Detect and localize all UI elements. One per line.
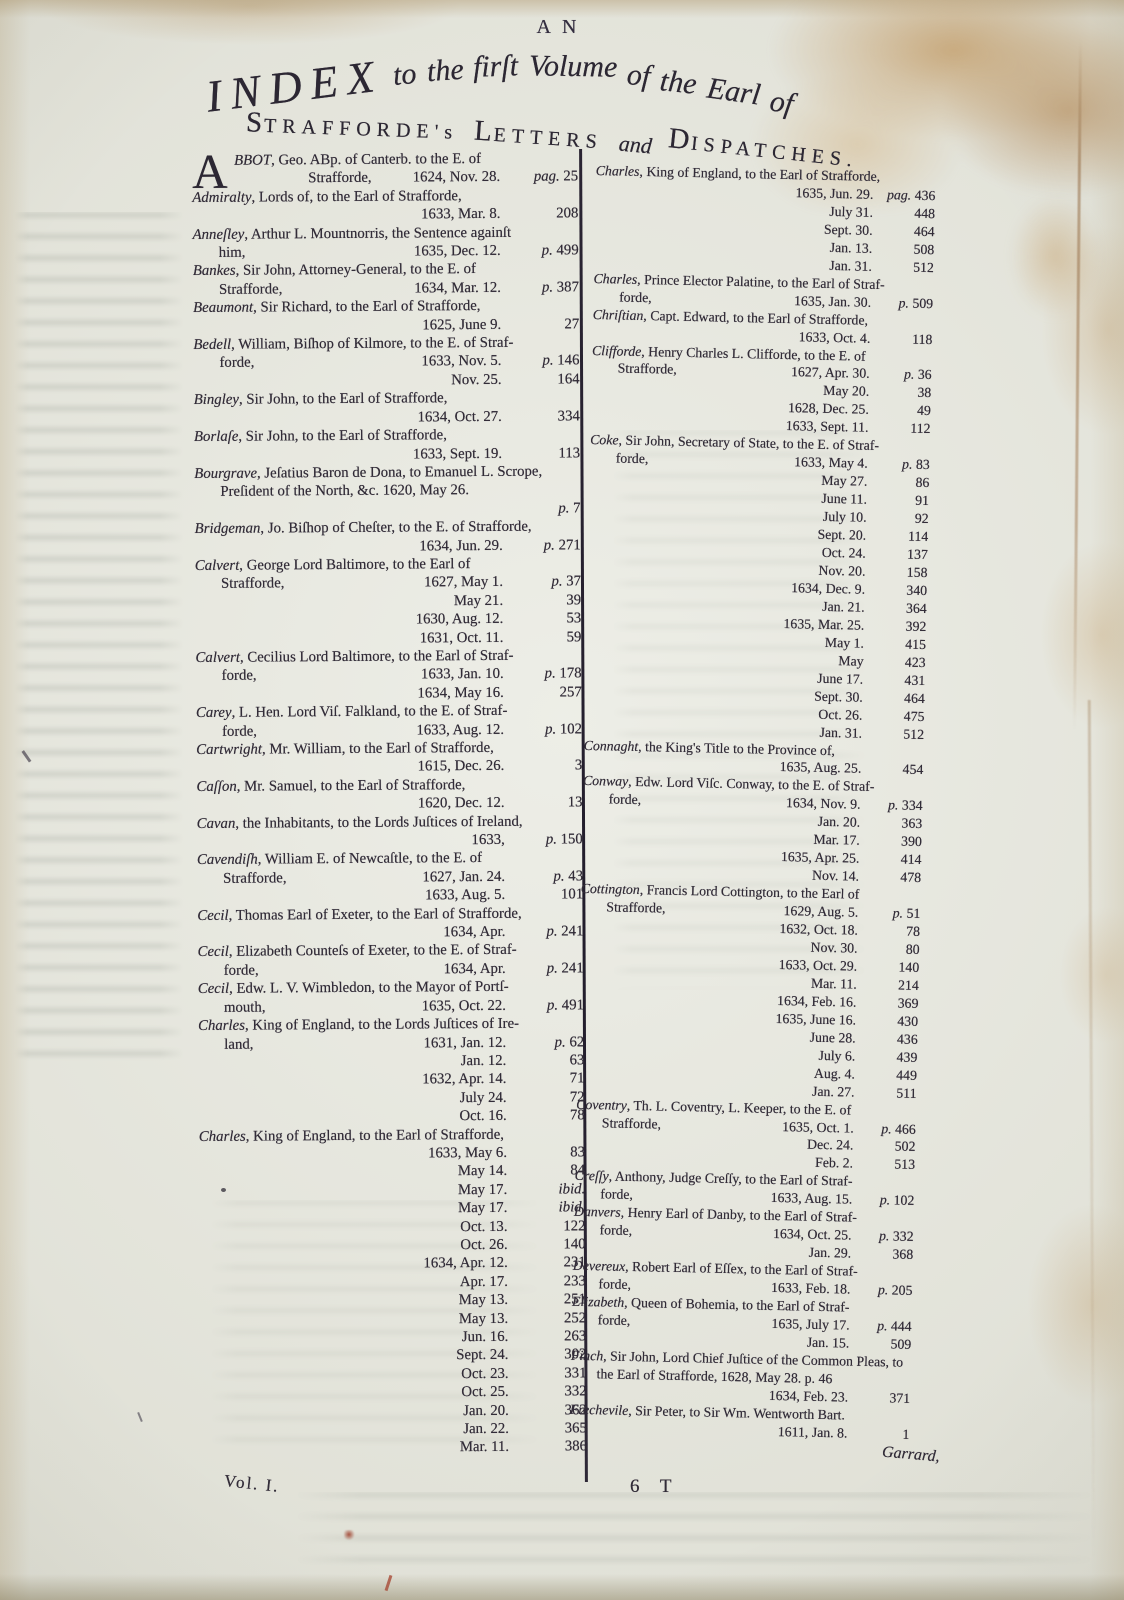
index-entry: Cavan, the Inhabitants, to the Lords Juſ… bbox=[197, 812, 583, 852]
title-word: Volume bbox=[528, 49, 617, 85]
entry-continuation: forde, bbox=[573, 1221, 632, 1240]
entry-name: Anneſley bbox=[193, 226, 245, 242]
reference-date: Sept. 30. bbox=[824, 221, 873, 240]
reference-page: 92 bbox=[866, 509, 928, 528]
index-entry: Calvert, Cecilius Lord Baltimore, to the… bbox=[195, 646, 581, 704]
entry-text: , Edw. L. V. Wimbledon, to the Mayor of … bbox=[229, 979, 509, 997]
reference-date: 1635, June 16. bbox=[775, 1010, 856, 1030]
reference-date: Jan. 20. bbox=[817, 813, 860, 832]
ink-mark bbox=[21, 750, 31, 762]
entry-text: , Anthony, Judge Creſſy, to the Earl of … bbox=[609, 1169, 853, 1189]
reference-date: June 11. bbox=[821, 490, 867, 509]
index-entry: Charles, King of England, to the Earl of… bbox=[199, 1125, 587, 1459]
reference-date: 1635, Oct. 1. bbox=[782, 1118, 854, 1137]
reference-date: 1633, May 6. bbox=[428, 1144, 507, 1163]
entry-text: , Sir John, Secretary of State, to the E… bbox=[618, 433, 879, 453]
index-entry: Cartwright, Mr. William, to the Earl of … bbox=[196, 738, 582, 778]
reference-date: May 13. bbox=[459, 1291, 508, 1310]
entry-text: , Sir Richard, to the Earl of Strafforde… bbox=[253, 298, 480, 316]
entry-continuation: forde, bbox=[574, 1185, 633, 1204]
reference-page: p. 241 bbox=[505, 922, 583, 941]
reference-page: 448 bbox=[873, 204, 935, 223]
entry-name: Creſſy bbox=[575, 1168, 609, 1184]
reference-page: p. 466 bbox=[854, 1119, 916, 1138]
index-entry: Bingley, Sir John, to the Earl of Straff… bbox=[194, 389, 580, 429]
reference-page: 3 bbox=[504, 757, 582, 776]
reference-page: 334 bbox=[502, 407, 580, 426]
index-entry: Beaumont, Sir Richard, to the Earl of St… bbox=[193, 297, 579, 337]
entry-name: Bankes bbox=[193, 263, 236, 279]
reference-page: 390 bbox=[860, 832, 922, 851]
reference-date: June 17. bbox=[817, 669, 863, 688]
index-column-right: Charles, King of England, to the Earl of… bbox=[569, 162, 936, 1444]
page-number: 439 bbox=[896, 1049, 917, 1064]
entry-continuation: forde, bbox=[590, 449, 649, 468]
reference-date: 1634, Apr. 12. bbox=[423, 1254, 507, 1273]
entry-text: , Jeſatius Baron de Dona, to Emanuel L. … bbox=[220, 463, 542, 500]
reference-date: 1634, Apr. bbox=[444, 960, 506, 979]
reference-date: Apr. 17. bbox=[460, 1273, 508, 1292]
volume-signature: Vol. I. bbox=[223, 1471, 281, 1497]
page-number: 214 bbox=[898, 977, 919, 992]
reference-date: May 27. bbox=[821, 472, 867, 491]
page-prefix: p. bbox=[546, 831, 561, 847]
page-kicker: An bbox=[0, 16, 1124, 39]
reference-date: Jan. 27. bbox=[812, 1082, 855, 1101]
reference-date: Nov. 20. bbox=[818, 562, 865, 581]
reference-date: 1633, Nov. 5. bbox=[421, 352, 501, 371]
page-number: 334 bbox=[902, 798, 923, 813]
reference-date: May 1. bbox=[825, 634, 864, 653]
reference-date: May 20. bbox=[823, 382, 869, 401]
page-number: 454 bbox=[902, 762, 923, 777]
reference-page: 340 bbox=[865, 581, 927, 600]
page-number: 150 bbox=[561, 831, 583, 847]
entry-continuation: forde, bbox=[582, 790, 641, 809]
page-number: 512 bbox=[913, 259, 934, 274]
page-number: 158 bbox=[907, 565, 928, 580]
index-title-line2: STRAFFORDE'sLETTERSandDISPATCHES. bbox=[246, 112, 914, 141]
entry-name: Coventry bbox=[576, 1096, 627, 1112]
reference-date: 1634, Oct. 25. bbox=[773, 1225, 852, 1245]
entry-text: , Robert Earl of Eſſex, to the Earl of S… bbox=[625, 1259, 858, 1279]
reference-page: 84 bbox=[507, 1162, 585, 1181]
red-ink-spot bbox=[344, 1530, 355, 1540]
page-number: 146 bbox=[557, 353, 579, 369]
page-number: 140 bbox=[898, 959, 919, 974]
reference-page: 464 bbox=[863, 688, 925, 707]
page-prefix: p. bbox=[542, 242, 557, 258]
reference-page: 369 bbox=[856, 993, 918, 1012]
reference-date: Nov. 14. bbox=[812, 867, 859, 886]
reference-date: 1633, bbox=[471, 831, 504, 850]
reference-page: 512 bbox=[872, 258, 934, 277]
showthrough-text-left-margin bbox=[14, 212, 184, 1072]
page-number: 364 bbox=[906, 600, 927, 615]
reference-date: 1634, Dec. 9. bbox=[791, 579, 865, 598]
reference-date: May 17. bbox=[458, 1199, 507, 1218]
page-number: 36 bbox=[918, 367, 932, 382]
reference-date: Dec. 24. bbox=[807, 1136, 854, 1155]
page-number: 368 bbox=[892, 1247, 913, 1262]
reference-date: 1634, Feb. 16. bbox=[777, 992, 857, 1012]
index-entry: Finch, Sir John, Lord Chief Juſtice of t… bbox=[570, 1347, 911, 1408]
index-entry: Cavendiſh, William E. of Newcaſtle, to t… bbox=[197, 849, 583, 907]
drop-cap-letter: A bbox=[192, 153, 228, 191]
reference-date: Jan. 29. bbox=[808, 1244, 851, 1263]
reference-page: 83 bbox=[507, 1143, 585, 1162]
entry-continuation: mouth, bbox=[198, 998, 266, 1017]
entry-text: , Sir John, to the Earl of Strafforde, bbox=[239, 391, 448, 408]
entry-reference-row: Mar. 11.386 bbox=[201, 1438, 587, 1459]
reference-page: 512 bbox=[862, 724, 924, 743]
reference-page: p. 102 bbox=[852, 1191, 914, 1210]
reference-date: May 13. bbox=[459, 1309, 508, 1328]
reference-page: p. 334 bbox=[860, 796, 922, 815]
page-number: 464 bbox=[904, 690, 925, 705]
reference-date: 1635, Dec. 12. bbox=[414, 242, 501, 261]
entry-text: , the King's Title to the Province of, bbox=[638, 739, 835, 758]
entry-text: , Geo. ABp. of Canterb. to the E. of bbox=[271, 151, 481, 168]
reference-page: 71 bbox=[506, 1070, 584, 1089]
index-entry: Bankes, Sir John, Attorney-General, to t… bbox=[193, 260, 579, 300]
reference-date: 1633, Aug. 5. bbox=[425, 886, 505, 905]
page-number: 478 bbox=[900, 870, 921, 885]
entry-continuation: Strafforde, bbox=[580, 898, 665, 918]
title-word: of bbox=[626, 58, 652, 94]
index-entry: Bridgeman, Jo. Biſhop of Cheſter, to the… bbox=[195, 517, 581, 557]
reference-page: p. 83 bbox=[868, 455, 930, 474]
reference-page: 113 bbox=[502, 444, 580, 463]
entry-name: Conway bbox=[583, 773, 629, 789]
reference-date: Jan. 12. bbox=[461, 1052, 507, 1071]
reference-page: 1 bbox=[847, 1424, 909, 1443]
page-number: 340 bbox=[906, 583, 927, 598]
page-prefix: p. bbox=[880, 1193, 894, 1208]
reference-page: p. 37 bbox=[503, 573, 581, 592]
entry-text: , Henry Earl of Danby, to the Earl of St… bbox=[621, 1205, 858, 1225]
page-prefix: p. bbox=[542, 279, 557, 295]
index-entry: Coventry, Th. L. Coventry, L. Keeper, to… bbox=[575, 1095, 916, 1174]
entry-continuation: Strafforde, bbox=[195, 575, 285, 594]
reference-date: July 6. bbox=[818, 1047, 855, 1066]
reference-page: p. 43 bbox=[505, 867, 583, 886]
entry-continuation: Strafforde, bbox=[193, 280, 283, 299]
reference-page: 414 bbox=[859, 850, 921, 869]
reference-page: p. 509 bbox=[871, 293, 933, 312]
reference-page: 118 bbox=[870, 329, 932, 348]
reference-page: 371 bbox=[848, 1388, 910, 1407]
entry-text: , Mr. William, to the Earl of Strafforde… bbox=[262, 740, 494, 758]
reference-date: 1628, Dec. 25. bbox=[788, 399, 869, 419]
reference-date: Jan. 22. bbox=[463, 1420, 509, 1439]
title-word: to bbox=[392, 57, 418, 93]
reference-page: p. 444 bbox=[850, 1317, 912, 1336]
reference-page: 39 bbox=[503, 591, 581, 610]
page-number: 475 bbox=[904, 708, 925, 723]
index-entry: Cecil, Thomas Earl of Exeter, to the Ear… bbox=[197, 904, 583, 944]
reference-page: p. 102 bbox=[504, 720, 582, 739]
entry-name: Borlaſe bbox=[194, 429, 239, 445]
reference-date: Jun. 16. bbox=[462, 1328, 509, 1347]
entry-name: Calvert bbox=[195, 558, 240, 574]
reference-page: 72 bbox=[507, 1088, 585, 1107]
reference-date: 1635, Jan. 30. bbox=[794, 292, 871, 312]
reference-date: 1629, Aug. 5. bbox=[783, 902, 858, 922]
reference-page: p. 499 bbox=[501, 241, 579, 260]
reference-page: 464 bbox=[872, 222, 934, 241]
reference-date: Jan. 20. bbox=[463, 1401, 509, 1420]
entry-continuation: forde, bbox=[593, 288, 652, 307]
title-word: firſt bbox=[473, 49, 519, 85]
page-edge-crease-upper bbox=[1073, 40, 1082, 730]
reference-page: 511 bbox=[854, 1083, 916, 1102]
reference-date: Feb. 2. bbox=[815, 1154, 853, 1173]
reference-date: 1615, Dec. 26. bbox=[418, 757, 505, 776]
reference-date: May bbox=[838, 652, 864, 670]
reference-page: 53 bbox=[503, 609, 581, 628]
page-number: 92 bbox=[915, 511, 929, 526]
reference-date: Sept. 24. bbox=[456, 1346, 508, 1365]
reference-date: 1633, Jan. 10. bbox=[421, 665, 504, 684]
page-prefix: p. bbox=[545, 666, 560, 682]
index-entry: Frechevile, Sir Peter, to Sir Wm. Wentwo… bbox=[569, 1400, 910, 1443]
page-number: 118 bbox=[912, 331, 932, 346]
reference-date: 1633, May 4. bbox=[794, 453, 868, 472]
title-word: the bbox=[426, 53, 465, 89]
page-number: 3 bbox=[575, 758, 583, 774]
entry-continuation: Strafforde, bbox=[591, 359, 676, 379]
reference-page: 513 bbox=[853, 1155, 915, 1174]
page-number: 178 bbox=[559, 666, 581, 682]
page-number: 334 bbox=[558, 408, 580, 424]
page-prefix: p. bbox=[542, 353, 557, 369]
reference-date: 1625, June 9. bbox=[422, 316, 501, 335]
index-column-left: ABBOT, Geo. ABp. of Canterb. to the E. o… bbox=[192, 149, 587, 1459]
entry-text: , Mr. Samuel, to the Earl of Strafforde, bbox=[237, 777, 466, 795]
entry-text: , L. Hen. Lord Viſ. Falkland, to the E. … bbox=[231, 703, 507, 721]
page-prefix: p. bbox=[878, 1282, 892, 1297]
reference-date: 1634, Jun. 29. bbox=[419, 536, 503, 555]
page-number: 448 bbox=[914, 206, 935, 221]
reference-date: 1635, Jun. 29. bbox=[795, 184, 873, 204]
reference-date: Mar. 17. bbox=[813, 831, 860, 850]
reference-page: 509 bbox=[849, 1335, 911, 1354]
reference-date: Jan. 31. bbox=[829, 257, 872, 276]
page-prefix: p. bbox=[547, 997, 562, 1013]
reference-page: 257 bbox=[504, 683, 582, 702]
page-number: 436 bbox=[915, 188, 936, 203]
entry-name: Cecil bbox=[198, 944, 229, 960]
entry-name: Bedell bbox=[193, 337, 231, 353]
entry-text: , Cecilius Lord Baltimore, to the Earl o… bbox=[240, 648, 514, 666]
entry-description: Bourgrave, Jeſatius Baron de Dona, to Em… bbox=[194, 462, 580, 502]
page-number: 390 bbox=[901, 834, 922, 849]
page-number: 91 bbox=[915, 493, 929, 508]
page-number: 13 bbox=[568, 795, 583, 811]
index-entry: Charles, King of England, to the Lords J… bbox=[198, 1014, 585, 1127]
page-number: 27 bbox=[564, 316, 579, 332]
entry-name: Finch bbox=[571, 1348, 603, 1364]
reference-page: p. 36 bbox=[869, 365, 931, 384]
reference-date: 1633, Mar. 8. bbox=[421, 205, 500, 224]
reference-date: July 10. bbox=[823, 508, 867, 527]
page-number: 449 bbox=[896, 1067, 917, 1082]
page-number: 464 bbox=[914, 224, 935, 239]
index-entry: Carey, L. Hen. Lord Viſ. Falkland, to th… bbox=[196, 701, 582, 741]
entry-text: , William, Biſhop of Kilmore, to the E. … bbox=[231, 335, 513, 353]
entry-name: Danvers bbox=[574, 1204, 621, 1220]
reference-date: 1624, Nov. 28. bbox=[413, 168, 501, 187]
entry-name: Caſſon bbox=[196, 779, 236, 795]
page-prefix: p. bbox=[888, 798, 902, 813]
reference-page: 364 bbox=[865, 599, 927, 618]
entry-name: Cottington bbox=[581, 881, 640, 897]
entry-text: , Queen of Bohemia, to the Earl of Straf… bbox=[624, 1295, 850, 1315]
page-number: 436 bbox=[897, 1031, 918, 1046]
reference-page: p. 205 bbox=[850, 1281, 912, 1300]
page-number: 53 bbox=[566, 610, 581, 626]
reference-date: 1633, Oct. 29. bbox=[778, 956, 857, 976]
index-entry: Borlaſe, Sir John, to the Earl of Straff… bbox=[194, 425, 580, 465]
reference-date: Jan. 21. bbox=[822, 598, 865, 617]
title-word: and bbox=[618, 129, 653, 160]
reference-date: 1635, Mar. 25. bbox=[783, 615, 864, 635]
index-entry: Bedell, William, Biſhop of Kilmore, to t… bbox=[193, 333, 579, 391]
reference-page: 415 bbox=[864, 635, 926, 654]
page-number: 38 bbox=[917, 385, 931, 400]
index-entry: Admiralty, Lords of, to the Earl of Stra… bbox=[192, 186, 578, 226]
page-number: 387 bbox=[557, 279, 579, 295]
page-number: 392 bbox=[905, 618, 926, 633]
index-entry: Charles, King of England, to the Earl of… bbox=[594, 162, 936, 277]
reference-page: 423 bbox=[863, 652, 925, 671]
entry-continuation: Strafforde, bbox=[576, 1113, 661, 1133]
ink-mark-small bbox=[137, 1412, 143, 1422]
entry-name: Beaumont bbox=[193, 300, 253, 316]
page-number: 512 bbox=[903, 726, 924, 741]
entry-text: , Edw. Lord Viſc. Conway, to the E. of S… bbox=[628, 774, 874, 794]
entry-text: , Capt. Edward, to the Earl of Strafford… bbox=[643, 308, 868, 328]
entry-continuation: forde, bbox=[193, 354, 254, 373]
reference-page: 86 bbox=[867, 473, 929, 492]
reference-date: Oct. 24. bbox=[822, 544, 866, 563]
page-number: 37 bbox=[566, 574, 581, 590]
page-number: 369 bbox=[898, 995, 919, 1010]
page-number: 51 bbox=[906, 906, 920, 921]
reference-page: 502 bbox=[853, 1137, 915, 1156]
entry-text: , Francis Lord Cottington, to the Earl o… bbox=[640, 882, 860, 902]
page-prefix: p. bbox=[881, 1121, 895, 1136]
reference-page: p. 387 bbox=[501, 278, 579, 297]
reference-page: 137 bbox=[866, 545, 928, 564]
reference-date: Oct. 13. bbox=[460, 1217, 507, 1236]
red-ink-slash bbox=[385, 1575, 393, 1591]
page-number: 137 bbox=[907, 547, 928, 562]
entry-text: , Prince Elector Palatine, to the Earl o… bbox=[637, 272, 885, 292]
reference-page: 101 bbox=[505, 886, 583, 905]
index-entry: Cecil, Elizabeth Counteſs of Exeter, to … bbox=[198, 941, 584, 981]
reference-date: May 21. bbox=[454, 592, 503, 611]
reference-page: 78 bbox=[507, 1106, 585, 1125]
reference-page: 114 bbox=[866, 527, 928, 546]
reference-page: p. 332 bbox=[851, 1227, 913, 1246]
page-prefix: p. bbox=[877, 1318, 891, 1333]
reference-page: 478 bbox=[859, 868, 921, 887]
catchword: Garrard, bbox=[881, 1444, 940, 1467]
entry-name: Bourgrave bbox=[194, 465, 257, 481]
page-number: 502 bbox=[895, 1139, 916, 1154]
entry-text: , William E. of Newcaſtle, to the E. of bbox=[258, 850, 482, 868]
entry-name: Cavan bbox=[197, 815, 236, 831]
reference-page: 91 bbox=[867, 491, 929, 510]
reference-date: Jan. 15. bbox=[807, 1334, 850, 1353]
entry-continuation: Strafforde, bbox=[197, 869, 287, 888]
reference-page: 214 bbox=[857, 976, 919, 995]
page-edge-crease-lower bbox=[1088, 700, 1095, 1560]
reference-page: 27 bbox=[501, 315, 579, 334]
page-number: 112 bbox=[910, 421, 930, 436]
index-entry: Clifforde, Henry Charles L. Clifforde, t… bbox=[590, 341, 932, 438]
reference-date: 1635, July 17. bbox=[771, 1315, 850, 1335]
page-number: 49 bbox=[917, 403, 931, 418]
entry-text: , Lords of, to the Earl of Strafforde, bbox=[251, 188, 461, 205]
page-prefix: p. bbox=[544, 537, 559, 553]
page-prefix: p. bbox=[553, 868, 568, 884]
reference-date: Sept. 20. bbox=[817, 526, 866, 545]
reference-date: Oct. 26. bbox=[818, 705, 862, 724]
reference-page: p. 146 bbox=[501, 352, 579, 371]
page-number: 83 bbox=[916, 457, 930, 472]
entry-text: , Sir Peter, to Sir Wm. Wentworth Bart. bbox=[628, 1403, 845, 1423]
reference-page: 112 bbox=[868, 419, 930, 438]
reference-page: p. 271 bbox=[503, 536, 581, 555]
reference-date: Aug. 4. bbox=[814, 1064, 855, 1083]
entry-continuation: forde, bbox=[198, 961, 259, 980]
reference-date: 1627, Jan. 24. bbox=[422, 868, 505, 887]
page-number: 59 bbox=[567, 629, 582, 645]
page-number: 205 bbox=[892, 1283, 913, 1298]
page-number: 386 bbox=[565, 1439, 587, 1455]
entry-name: Admiralty bbox=[192, 189, 251, 205]
page-number: 430 bbox=[897, 1013, 918, 1028]
reference-page: 158 bbox=[865, 563, 927, 582]
page-number: 423 bbox=[905, 654, 926, 669]
reference-date: Jan. 31. bbox=[819, 723, 862, 742]
reference-page: 436 bbox=[856, 1029, 918, 1048]
reference-date: 1634, May 16. bbox=[417, 684, 503, 703]
page-prefix: p. bbox=[893, 905, 907, 920]
entry-name: Elizabeth bbox=[572, 1294, 624, 1310]
reference-page: 38 bbox=[869, 383, 931, 402]
page-number: 7 bbox=[573, 500, 581, 516]
index-entry: Elizabeth, Queen of Bohemia, to the Earl… bbox=[571, 1293, 912, 1354]
reference-date: Oct. 23. bbox=[461, 1365, 508, 1384]
reference-date: Oct. 16. bbox=[459, 1107, 506, 1126]
page-number: 509 bbox=[912, 295, 933, 310]
entry-name: Calvert bbox=[195, 650, 240, 666]
reference-page: pag. 436 bbox=[873, 186, 935, 205]
index-title-line1: INDEXtothefirſtVolumeoftheEarlof bbox=[206, 50, 922, 95]
reference-date: 1630, Aug. 12. bbox=[416, 610, 504, 629]
page-number: 271 bbox=[558, 537, 580, 553]
page-prefix: pag. bbox=[887, 187, 915, 203]
page-number: 332 bbox=[893, 1229, 914, 1244]
entry-text: , the Inhabitants, to the Lords Juſtices… bbox=[235, 813, 522, 831]
reference-page: 454 bbox=[861, 760, 923, 779]
reference-page: p. 51 bbox=[858, 904, 920, 923]
entry-name: Clifforde bbox=[592, 342, 642, 358]
